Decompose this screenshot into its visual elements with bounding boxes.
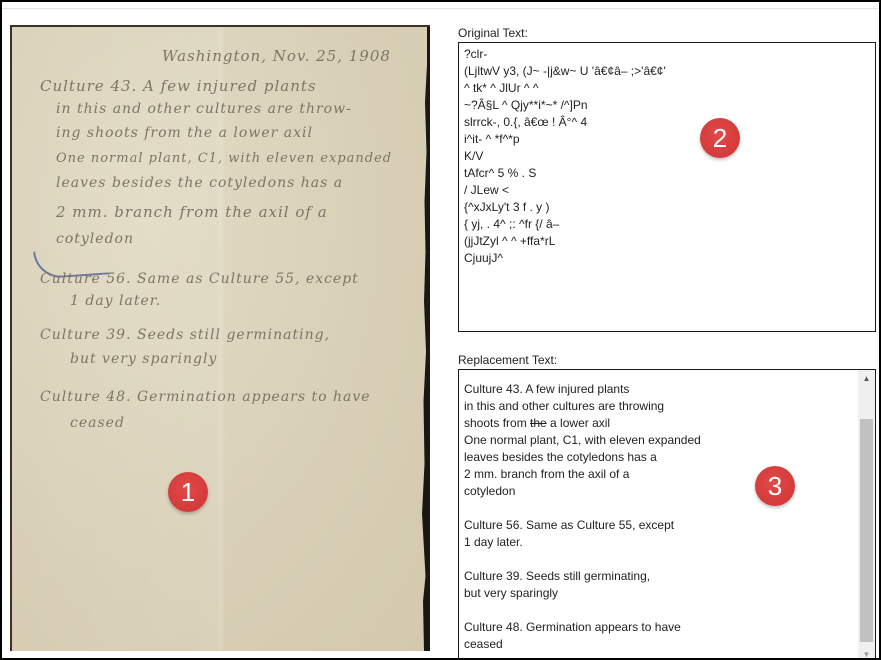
vertical-scrollbar[interactable]: ▲ ▼ xyxy=(858,370,875,658)
handwriting-line: Culture 39. Seeds still germinating, xyxy=(40,327,330,343)
replacement-line: One normal plant, C1, with eleven expand… xyxy=(464,432,870,449)
handwriting-line: cotyledon xyxy=(56,231,134,247)
original-text-line: CjuujJ^ xyxy=(464,250,870,267)
annotation-badge-3: 3 xyxy=(755,466,795,506)
handwriting-line: One normal plant, C1, with eleven expand… xyxy=(56,151,392,166)
original-text-line: K/V xyxy=(464,148,870,165)
scrollbar-thumb[interactable] xyxy=(860,419,873,642)
replacement-line: 2 mm. branch from the axil of a xyxy=(464,466,870,483)
original-text-line: {^xJxLy't 3 f . y ) xyxy=(464,199,870,216)
replacement-line: 1 day later. xyxy=(464,534,870,551)
paragraph-gap xyxy=(464,602,870,619)
original-text-line: tAfcr^ 5 % . S xyxy=(464,165,870,182)
original-text-label: Original Text: xyxy=(458,26,528,40)
replacement-line: Culture 48. Germination appears to have xyxy=(464,619,870,636)
handwriting-line: in this and other cultures are throw- xyxy=(56,101,352,117)
original-text-line: slrrck-, 0.{, â€œ ! Â°^ 4 xyxy=(464,114,870,131)
handwriting-line: ing shoots from the a lower axil xyxy=(56,125,313,141)
replacement-line: Culture 39. Seeds still germinating, xyxy=(464,568,870,585)
scroll-down-arrow-icon[interactable]: ▼ xyxy=(858,646,875,658)
replacement-line: shoots from the a lower axil xyxy=(464,415,870,432)
replacement-text-label: Replacement Text: xyxy=(458,353,557,367)
original-text-line: / JLew < xyxy=(464,182,870,199)
original-text-line: ~?Â§L ^ Qjy**i*~* /^]Pn xyxy=(464,97,870,114)
handwriting-line: 1 day later. xyxy=(70,293,161,309)
original-text-line: (jjJtZyl ^ ^ +ffa*rL xyxy=(464,233,870,250)
replacement-line: cotyledon xyxy=(464,483,870,500)
replacement-line: leaves besides the cotyledons has a xyxy=(464,449,870,466)
manuscript-image: Washington, Nov. 25, 1908 Culture 43. A … xyxy=(10,25,430,651)
top-divider xyxy=(2,8,879,9)
handwriting-line: Culture 56. Same as Culture 55, except xyxy=(40,271,359,287)
annotation-badge-2: 2 xyxy=(700,118,740,158)
replacement-line: but very sparingly xyxy=(464,585,870,602)
handwriting-line: 2 mm. branch from the axil of a xyxy=(56,203,328,221)
paragraph-gap xyxy=(464,551,870,568)
replacement-line: in this and other cultures are throwing xyxy=(464,398,870,415)
handwriting-line: Washington, Nov. 25, 1908 xyxy=(162,47,391,65)
handwriting-line: Culture 48. Germination appears to have xyxy=(40,389,371,405)
original-text-line: { yj, . 4^ ;: ^fr {/ â– xyxy=(464,216,870,233)
handwriting-line: leaves besides the cotyledons has a xyxy=(56,175,343,191)
handwriting-line: but very sparingly xyxy=(70,351,217,367)
original-text-line: ^ tk* ^ JlUr ^ ^ xyxy=(464,80,870,97)
text-segment: a lower axil xyxy=(547,416,610,430)
original-text-line: (LjltwV y3, (J~ -|j&w~ U 'â€¢â– ;>'â€¢' xyxy=(464,63,870,80)
handwriting-line: ceased xyxy=(70,415,125,431)
handwriting-line: Culture 43. A few injured plants xyxy=(40,77,317,95)
torn-edge xyxy=(420,27,430,651)
paragraph-gap xyxy=(464,500,870,517)
scroll-up-arrow-icon[interactable]: ▲ xyxy=(858,370,875,387)
original-text-line: ?clr- xyxy=(464,46,870,63)
replacement-line: ceased xyxy=(464,636,870,653)
original-text-line: i^it- ^ *f^*p xyxy=(464,131,870,148)
replacement-line: Culture 43. A few injured plants xyxy=(464,381,870,398)
replacement-text-area[interactable]: Culture 43. A few injured plants in this… xyxy=(458,369,876,658)
struck-word: the xyxy=(530,416,547,430)
replacement-line: Culture 56. Same as Culture 55, except xyxy=(464,517,870,534)
transcription-editor: Washington, Nov. 25, 1908 Culture 43. A … xyxy=(2,2,879,658)
annotation-badge-1: 1 xyxy=(168,472,208,512)
text-segment: shoots from xyxy=(464,416,530,430)
original-text-box[interactable]: ?clr- (LjltwV y3, (J~ -|j&w~ U 'â€¢â– ;>… xyxy=(458,42,876,332)
